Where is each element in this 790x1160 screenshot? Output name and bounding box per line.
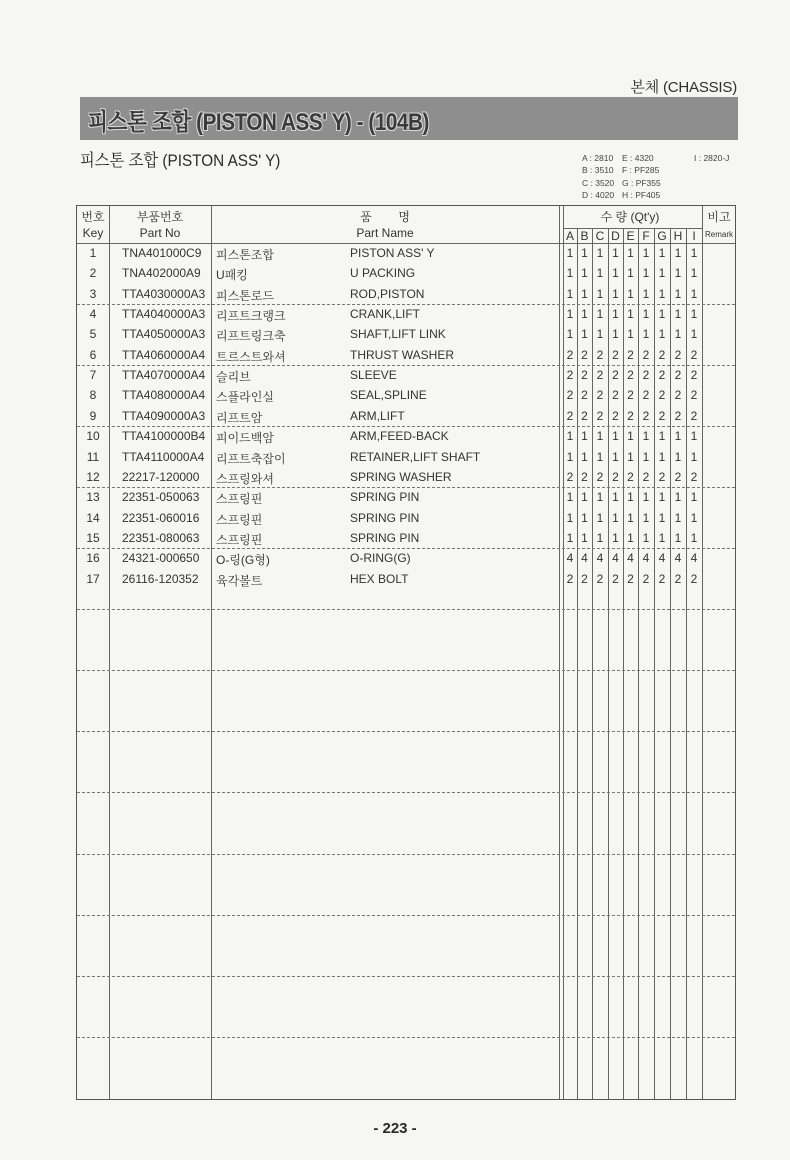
- qty-cell-g: 4: [654, 551, 670, 565]
- page-number: - 223 -: [0, 1120, 790, 1137]
- part-number-cell: TTA4040000A3: [122, 307, 205, 321]
- header-qty-col-f: F: [638, 229, 654, 243]
- qty-cell-f: 2: [638, 409, 654, 423]
- part-number-cell: 26116-120352: [122, 572, 199, 586]
- part-name-en-cell: SPRING PIN: [350, 490, 419, 504]
- part-name-en-cell: ARM,LIFT: [350, 409, 405, 423]
- part-name-ko-cell: 피이드백암: [216, 429, 274, 446]
- header-partno-en: Part No: [109, 226, 211, 240]
- qty-cell-b: 1: [577, 429, 592, 443]
- part-name-en-cell: HEX BOLT: [350, 572, 408, 586]
- qty-cell-b: 2: [577, 572, 592, 586]
- qty-cell-b: 1: [577, 531, 592, 545]
- row-separator: [77, 609, 735, 610]
- part-name-en-cell: U PACKING: [350, 266, 415, 280]
- qty-cell-a: 4: [563, 551, 577, 565]
- row-separator: [77, 915, 735, 916]
- part-number-cell: TTA4070000A4: [122, 368, 205, 382]
- page-subtitle: 피스톤 조합 (PISTON ASS' Y): [80, 146, 280, 171]
- header-qty-col-c: C: [592, 229, 608, 243]
- section-label: 본체 (CHASSIS): [630, 76, 737, 97]
- qty-cell-h: 1: [670, 429, 686, 443]
- qty-cell-c: 1: [592, 531, 608, 545]
- qty-cell-b: 2: [577, 409, 592, 423]
- qty-cell-a: 1: [563, 429, 577, 443]
- qty-cell-i: 1: [686, 327, 702, 341]
- table-row: 1TNA401000C9피스톤조합PISTON ASS' Y111111111: [77, 244, 735, 264]
- part-name-en-cell: SPRING PIN: [350, 511, 419, 525]
- qty-cell-g: 2: [654, 368, 670, 382]
- qty-cell-c: 1: [592, 429, 608, 443]
- part-number-cell: TNA401000C9: [122, 246, 201, 260]
- qty-cell-e: 1: [623, 266, 638, 280]
- qty-cell-g: 1: [654, 287, 670, 301]
- qty-cell-d: 1: [608, 450, 623, 464]
- key-cell: 14: [77, 511, 109, 525]
- qty-cell-i: 1: [686, 450, 702, 464]
- qty-cell-d: 1: [608, 266, 623, 280]
- qty-cell-g: 1: [654, 307, 670, 321]
- qty-cell-f: 1: [638, 246, 654, 260]
- qty-cell-h: 2: [670, 388, 686, 402]
- part-name-en-cell: THRUST WASHER: [350, 348, 454, 362]
- qty-cell-i: 1: [686, 246, 702, 260]
- qty-cell-c: 2: [592, 572, 608, 586]
- part-name-en-cell: PISTON ASS' Y: [350, 246, 435, 260]
- part-name-en-cell: SPRING PIN: [350, 531, 419, 545]
- key-cell: 15: [77, 531, 109, 545]
- row-separator: [77, 976, 735, 977]
- qty-cell-c: 1: [592, 450, 608, 464]
- qty-cell-e: 1: [623, 287, 638, 301]
- key-cell: 8: [77, 388, 109, 402]
- header-qty-col-i: I: [686, 229, 702, 243]
- qty-cell-h: 1: [670, 531, 686, 545]
- qty-cell-h: 2: [670, 572, 686, 586]
- qty-cell-d: 1: [608, 490, 623, 504]
- qty-cell-d: 2: [608, 409, 623, 423]
- header-qty-col-e: E: [623, 229, 638, 243]
- qty-cell-e: 1: [623, 429, 638, 443]
- qty-cell-d: 1: [608, 327, 623, 341]
- part-number-cell: 22351-080063: [122, 531, 199, 545]
- part-name-ko-cell: 피스톤조합: [216, 246, 274, 263]
- qty-cell-a: 2: [563, 348, 577, 362]
- qty-cell-a: 2: [563, 409, 577, 423]
- qty-cell-g: 2: [654, 470, 670, 484]
- table-row: 11TTA4110000A4리프트축잡이RETAINER,LIFT SHAFT1…: [77, 448, 735, 468]
- page-title: 피스톤 조합 (PISTON ASS' Y) - (104B): [88, 102, 429, 137]
- qty-cell-h: 2: [670, 368, 686, 382]
- qty-cell-a: 2: [563, 470, 577, 484]
- qty-cell-a: 1: [563, 531, 577, 545]
- table-row: 1522351-080063스프링핀SPRING PIN111111111: [77, 529, 735, 549]
- qty-cell-b: 1: [577, 511, 592, 525]
- table-row: 1726116-120352육각볼트HEX BOLT222222222: [77, 570, 735, 590]
- model-legend-item: D : 4020: [582, 189, 614, 201]
- qty-cell-g: 2: [654, 388, 670, 402]
- header-qty-col-g: G: [654, 229, 670, 243]
- header-remark-en: Remark: [701, 230, 737, 239]
- part-name-ko-cell: 스프링핀: [216, 511, 262, 528]
- key-cell: 9: [77, 409, 109, 423]
- qty-cell-a: 1: [563, 307, 577, 321]
- qty-cell-h: 1: [670, 246, 686, 260]
- qty-cell-f: 1: [638, 531, 654, 545]
- part-name-ko-cell: 스프링핀: [216, 490, 262, 507]
- qty-cell-i: 1: [686, 266, 702, 280]
- qty-cell-h: 1: [670, 307, 686, 321]
- key-cell: 5: [77, 327, 109, 341]
- table-row: 1422351-060016스프링핀SPRING PIN111111111: [77, 509, 735, 529]
- header-qty-col-a: A: [563, 229, 577, 243]
- part-number-cell: 22351-050063: [122, 490, 199, 504]
- qty-cell-i: 4: [686, 551, 702, 565]
- qty-cell-e: 2: [623, 572, 638, 586]
- qty-cell-f: 2: [638, 388, 654, 402]
- qty-cell-b: 1: [577, 246, 592, 260]
- part-name-en-cell: RETAINER,LIFT SHAFT: [350, 450, 480, 464]
- qty-cell-a: 1: [563, 511, 577, 525]
- qty-cell-c: 1: [592, 287, 608, 301]
- table-row: 1624321-000650O-링(G형)O-RING(G)444444444: [77, 549, 735, 569]
- qty-cell-g: 1: [654, 429, 670, 443]
- qty-cell-b: 2: [577, 368, 592, 382]
- qty-cell-g: 1: [654, 450, 670, 464]
- qty-cell-a: 2: [563, 368, 577, 382]
- qty-cell-b: 2: [577, 388, 592, 402]
- part-name-ko-cell: 리프트암: [216, 409, 262, 426]
- qty-cell-e: 2: [623, 348, 638, 362]
- key-cell: 11: [77, 450, 109, 464]
- part-name-en-cell: SHAFT,LIFT LINK: [350, 327, 446, 341]
- table-row: 1322351-050063스프링핀SPRING PIN111111111: [77, 488, 735, 508]
- qty-cell-b: 1: [577, 307, 592, 321]
- qty-cell-i: 2: [686, 348, 702, 362]
- qty-cell-c: 1: [592, 266, 608, 280]
- part-number-cell: 24321-000650: [122, 551, 199, 565]
- header-qty-col-d: D: [608, 229, 623, 243]
- qty-cell-h: 1: [670, 287, 686, 301]
- qty-cell-f: 1: [638, 327, 654, 341]
- qty-cell-e: 1: [623, 511, 638, 525]
- qty-cell-d: 2: [608, 388, 623, 402]
- part-number-cell: TTA4090000A3: [122, 409, 205, 423]
- qty-cell-h: 1: [670, 490, 686, 504]
- qty-cell-e: 1: [623, 531, 638, 545]
- part-name-en-cell: SLEEVE: [350, 368, 397, 382]
- model-legend-item: G : PF355: [622, 177, 661, 189]
- qty-cell-e: 2: [623, 409, 638, 423]
- row-separator: [77, 304, 735, 305]
- qty-cell-g: 1: [654, 511, 670, 525]
- qty-cell-e: 2: [623, 368, 638, 382]
- qty-cell-b: 1: [577, 450, 592, 464]
- qty-cell-a: 1: [563, 450, 577, 464]
- qty-cell-h: 1: [670, 511, 686, 525]
- key-cell: 13: [77, 490, 109, 504]
- qty-cell-e: 1: [623, 307, 638, 321]
- qty-cell-b: 1: [577, 266, 592, 280]
- part-name-ko-cell: O-링(G형): [216, 551, 270, 568]
- part-name-ko-cell: 리프트축잡이: [216, 450, 286, 467]
- qty-cell-g: 2: [654, 348, 670, 362]
- part-number-cell: TTA4050000A3: [122, 327, 205, 341]
- qty-cell-a: 1: [563, 266, 577, 280]
- qty-cell-e: 1: [623, 246, 638, 260]
- header-key-ko: 번호: [77, 208, 109, 225]
- row-separator: [77, 854, 735, 855]
- row-separator: [77, 731, 735, 732]
- qty-cell-b: 1: [577, 490, 592, 504]
- qty-cell-h: 1: [670, 450, 686, 464]
- qty-cell-d: 2: [608, 348, 623, 362]
- qty-cell-f: 2: [638, 368, 654, 382]
- qty-cell-f: 1: [638, 490, 654, 504]
- part-name-ko-cell: 피스톤로드: [216, 287, 274, 304]
- qty-cell-c: 1: [592, 327, 608, 341]
- part-name-en-cell: CRANK,LIFT: [350, 307, 420, 321]
- part-name-en-cell: SPRING WASHER: [350, 470, 452, 484]
- row-separator: [77, 670, 735, 671]
- qty-cell-b: 4: [577, 551, 592, 565]
- part-name-ko-cell: 스프링핀: [216, 531, 262, 548]
- qty-cell-i: 1: [686, 287, 702, 301]
- part-number-cell: TTA4060000A4: [122, 348, 205, 362]
- model-legend-item: B : 3510: [582, 164, 614, 176]
- qty-cell-d: 1: [608, 307, 623, 321]
- key-cell: 1: [77, 246, 109, 260]
- header-partno-ko: 부품번호: [109, 208, 211, 225]
- qty-cell-i: 1: [686, 307, 702, 321]
- qty-cell-b: 2: [577, 470, 592, 484]
- qty-cell-i: 1: [686, 429, 702, 443]
- model-legend-item: E : 4320: [622, 152, 654, 164]
- model-legend-item: F : PF285: [622, 164, 659, 176]
- table-row: 10TTA4100000B4피이드백암ARM,FEED-BACK11111111…: [77, 427, 735, 447]
- qty-cell-c: 2: [592, 470, 608, 484]
- key-cell: 2: [77, 266, 109, 280]
- qty-cell-c: 1: [592, 307, 608, 321]
- part-name-ko-cell: U패킹: [216, 266, 248, 283]
- qty-cell-f: 1: [638, 287, 654, 301]
- qty-cell-i: 2: [686, 572, 702, 586]
- qty-cell-e: 2: [623, 470, 638, 484]
- table-row: 1222217-120000스프링와셔SPRING WASHER22222222…: [77, 468, 735, 488]
- key-cell: 12: [77, 470, 109, 484]
- qty-cell-a: 1: [563, 287, 577, 301]
- qty-cell-i: 1: [686, 531, 702, 545]
- table-row: 5TTA4050000A3리프트링크축SHAFT,LIFT LINK111111…: [77, 325, 735, 345]
- qty-cell-g: 1: [654, 246, 670, 260]
- qty-cell-f: 1: [638, 307, 654, 321]
- qty-cell-c: 2: [592, 388, 608, 402]
- qty-cell-e: 2: [623, 388, 638, 402]
- qty-cell-d: 1: [608, 531, 623, 545]
- part-name-en-cell: O-RING(G): [350, 551, 411, 565]
- qty-cell-c: 1: [592, 490, 608, 504]
- qty-cell-c: 1: [592, 511, 608, 525]
- header-name-en: Part Name: [211, 226, 559, 240]
- qty-cell-a: 1: [563, 490, 577, 504]
- table-row: 9TTA4090000A3리프트암ARM,LIFT222222222: [77, 407, 735, 427]
- part-name-ko-cell: 육각볼트: [216, 572, 262, 589]
- qty-cell-i: 1: [686, 490, 702, 504]
- qty-cell-d: 2: [608, 572, 623, 586]
- qty-cell-i: 2: [686, 388, 702, 402]
- key-cell: 4: [77, 307, 109, 321]
- key-cell: 10: [77, 429, 109, 443]
- table-row: 7TTA4070000A4슬리브SLEEVE222222222: [77, 366, 735, 386]
- qty-cell-e: 1: [623, 327, 638, 341]
- qty-cell-e: 1: [623, 450, 638, 464]
- row-separator: [77, 365, 735, 366]
- title-bar: 피스톤 조합 (PISTON ASS' Y) - (104B): [80, 97, 738, 140]
- qty-cell-f: 2: [638, 470, 654, 484]
- qty-cell-g: 2: [654, 572, 670, 586]
- header-remark-ko: 비고: [701, 208, 737, 225]
- qty-cell-b: 1: [577, 327, 592, 341]
- qty-cell-d: 4: [608, 551, 623, 565]
- key-cell: 7: [77, 368, 109, 382]
- qty-cell-h: 2: [670, 409, 686, 423]
- qty-cell-a: 1: [563, 246, 577, 260]
- part-number-cell: TNA402000A9: [122, 266, 201, 280]
- qty-cell-c: 2: [592, 409, 608, 423]
- part-number-cell: 22217-120000: [122, 470, 199, 484]
- part-name-ko-cell: 리프트링크축: [216, 327, 286, 344]
- key-cell: 17: [77, 572, 109, 586]
- header-key-en: Key: [77, 226, 109, 240]
- qty-cell-g: 1: [654, 531, 670, 545]
- part-name-en-cell: ARM,FEED-BACK: [350, 429, 449, 443]
- qty-cell-d: 1: [608, 246, 623, 260]
- table-row: 4TTA4040000A3리프트크랭크CRANK,LIFT111111111: [77, 305, 735, 325]
- qty-cell-d: 1: [608, 511, 623, 525]
- part-name-ko-cell: 트르스트와셔: [216, 348, 286, 365]
- qty-cell-g: 2: [654, 409, 670, 423]
- qty-cell-f: 1: [638, 511, 654, 525]
- qty-cell-f: 1: [638, 450, 654, 464]
- qty-cell-a: 1: [563, 327, 577, 341]
- header-qty: 수 량 (Qt'y): [559, 208, 701, 225]
- qty-cell-i: 1: [686, 511, 702, 525]
- part-number-cell: TTA4100000B4: [122, 429, 205, 443]
- key-cell: 6: [77, 348, 109, 362]
- part-number-cell: TTA4110000A4: [122, 450, 204, 464]
- qty-cell-d: 2: [608, 368, 623, 382]
- row-separator: [77, 548, 735, 549]
- header-name-ko: 품 명: [211, 208, 559, 225]
- qty-cell-a: 2: [563, 388, 577, 402]
- row-separator: [77, 1037, 735, 1038]
- qty-cell-h: 2: [670, 470, 686, 484]
- key-cell: 16: [77, 551, 109, 565]
- qty-cell-c: 2: [592, 368, 608, 382]
- qty-cell-f: 4: [638, 551, 654, 565]
- part-number-cell: 22351-060016: [122, 511, 199, 525]
- qty-cell-f: 2: [638, 348, 654, 362]
- qty-cell-c: 1: [592, 246, 608, 260]
- part-name-ko-cell: 슬리브: [216, 368, 251, 385]
- model-legend-item: H : PF405: [622, 189, 660, 201]
- qty-cell-e: 4: [623, 551, 638, 565]
- qty-cell-i: 2: [686, 409, 702, 423]
- qty-cell-b: 1: [577, 287, 592, 301]
- qty-cell-h: 2: [670, 348, 686, 362]
- part-name-ko-cell: 스프링와셔: [216, 470, 274, 487]
- model-legend-item: C : 3520: [582, 177, 614, 189]
- parts-table: 번호 Key 부품번호 Part No 품 명 Part Name 수 량 (Q…: [76, 205, 736, 1100]
- part-name-en-cell: SEAL,SPLINE: [350, 388, 427, 402]
- key-cell: 3: [77, 287, 109, 301]
- table-row: 6TTA4060000A4트르스트와셔THRUST WASHER22222222…: [77, 346, 735, 366]
- header-qty-col-b: B: [577, 229, 592, 243]
- table-row: 3TTA4030000A3피스톤로드ROD,PISTON111111111: [77, 285, 735, 305]
- qty-cell-c: 4: [592, 551, 608, 565]
- header-qty-col-h: H: [670, 229, 686, 243]
- qty-cell-i: 2: [686, 368, 702, 382]
- qty-cell-b: 2: [577, 348, 592, 362]
- model-legend-item: I : 2820-J: [694, 152, 729, 164]
- part-name-ko-cell: 스플라인실: [216, 388, 274, 405]
- qty-cell-f: 1: [638, 429, 654, 443]
- qty-cell-f: 2: [638, 572, 654, 586]
- row-separator: [77, 487, 735, 488]
- model-legend-item: A : 2810: [582, 152, 613, 164]
- qty-cell-h: 1: [670, 266, 686, 280]
- qty-cell-g: 1: [654, 266, 670, 280]
- qty-cell-e: 1: [623, 490, 638, 504]
- row-separator: [77, 792, 735, 793]
- qty-cell-i: 2: [686, 470, 702, 484]
- row-separator: [77, 426, 735, 427]
- part-name-en-cell: ROD,PISTON: [350, 287, 424, 301]
- qty-cell-d: 1: [608, 287, 623, 301]
- qty-cell-h: 4: [670, 551, 686, 565]
- part-name-ko-cell: 리프트크랭크: [216, 307, 286, 324]
- qty-cell-f: 1: [638, 266, 654, 280]
- qty-cell-d: 1: [608, 429, 623, 443]
- qty-cell-g: 1: [654, 327, 670, 341]
- qty-cell-c: 2: [592, 348, 608, 362]
- part-number-cell: TTA4080000A4: [122, 388, 205, 402]
- qty-cell-a: 2: [563, 572, 577, 586]
- qty-cell-h: 1: [670, 327, 686, 341]
- table-row: 2TNA402000A9U패킹U PACKING111111111: [77, 264, 735, 284]
- qty-cell-g: 1: [654, 490, 670, 504]
- qty-cell-d: 2: [608, 470, 623, 484]
- part-number-cell: TTA4030000A3: [122, 287, 205, 301]
- table-row: 8TTA4080000A4스플라인실SEAL,SPLINE222222222: [77, 386, 735, 406]
